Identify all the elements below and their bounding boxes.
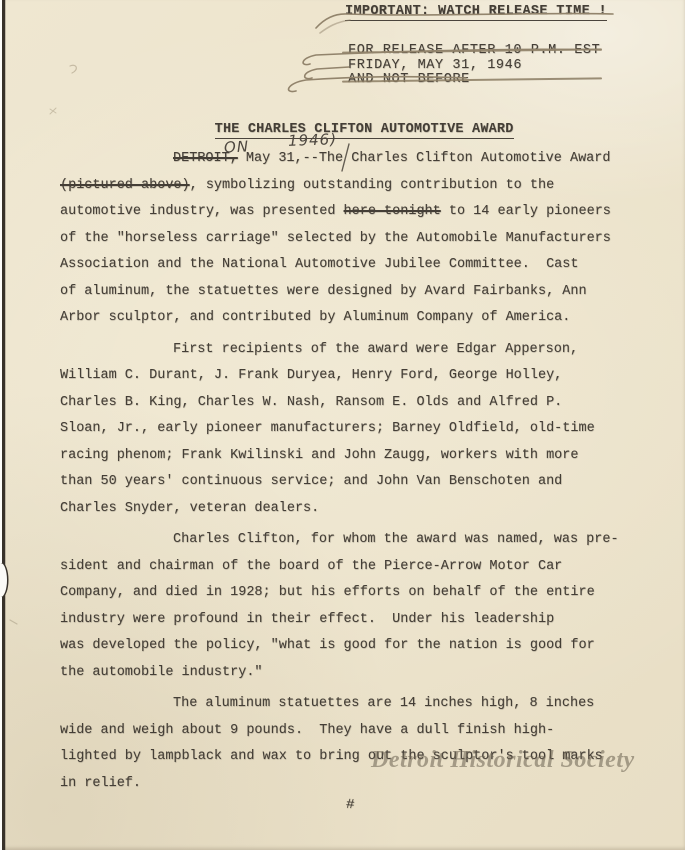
release-block: FOR RELEASE AFTER 10 P.M. ESTFRIDAY, MAY… [348,44,600,88]
typed-line: racing phenom; Frank Kwilinski and John … [60,443,645,470]
typed-text: of aluminum, the statuettes were designe… [60,284,587,299]
typed-line: Charles Clifton, for whom the award was … [60,527,645,554]
scan-left-edge [0,0,6,850]
typed-text: Company, and died in 1928; but his effor… [60,585,595,600]
release-time-warning: IMPORTANT: WATCH RELEASE TIME ! [345,4,607,21]
typed-line: The aluminum statuettes are 14 inches hi… [60,691,645,718]
typed-text: racing phenom; Frank Kwilinski and John … [60,448,578,463]
typed-text: than 50 years' continuous service; and J… [60,474,562,489]
typed-text: May 31,--The Charles Clifton Automotive … [238,151,611,166]
typed-line: automotive industry, was presented here … [60,199,645,226]
typed-line: Charles B. King, Charles W. Nash, Ransom… [60,390,645,417]
typed-text: , symbolizing outstanding contribution t… [190,178,555,193]
typed-text: Association and the National Automotive … [60,257,578,272]
typed-line: Charles Snyder, veteran dealers. [60,496,645,523]
typed-text: William C. Durant, J. Frank Duryea, Henr… [60,368,562,383]
typed-text: was developed the policy, "what is good … [60,638,595,653]
typed-line: Sloan, Jr., early pioneer manufacturers;… [60,416,645,443]
typed-line: was developed the policy, "what is good … [60,633,645,660]
typed-text: of the "horseless carriage" selected by … [60,231,611,246]
typed-text: the automobile industry." [60,665,263,680]
typed-text: Sloan, Jr., early pioneer manufacturers;… [60,421,595,436]
typed-text: The aluminum statuettes are 14 inches hi… [173,696,594,711]
typed-text: automotive industry, was presented [60,204,344,219]
typed-text: sident and chairman of the board of the … [60,559,562,574]
typed-line: industry were profound in their effect. … [60,607,645,634]
typed-text: in relief. [60,776,141,791]
typed-text: Charles B. King, Charles W. Nash, Ransom… [60,395,562,410]
release-line: AND NOT BEFORE [348,73,600,88]
end-of-release-mark: # [345,797,355,814]
watermark: Detroit Historical Society [371,747,635,774]
release-line: FRIDAY, MAY 31, 1946 [348,59,600,74]
typed-text: Arbor sculptor, and contributed by Alumi… [60,310,570,325]
struck-text: here tonight [344,204,441,219]
typed-text: wide and weigh about 9 pounds. They have… [60,723,554,738]
typed-line: William C. Durant, J. Frank Duryea, Henr… [60,363,645,390]
typed-line: Association and the National Automotive … [60,252,645,279]
typed-line: Company, and died in 1928; but his effor… [60,580,645,607]
typed-text: First recipients of the award were Edgar… [173,342,578,357]
typed-line: than 50 years' continuous service; and J… [60,469,645,496]
typed-text: Charles Snyder, veteran dealers. [60,501,319,516]
body-text: DETROIT, May 31,--The Charles Clifton Au… [60,146,645,797]
typed-line: (pictured above), symbolizing outstandin… [60,173,645,200]
typed-line: of aluminum, the statuettes were designe… [60,279,645,306]
typed-text: Charles Clifton, for whom the award was … [173,532,619,547]
release-line: FOR RELEASE AFTER 10 P.M. EST [348,44,600,59]
typed-text: industry were profound in their effect. … [60,612,554,627]
typed-line: the automobile industry." [60,660,645,687]
scanned-document-page: IMPORTANT: WATCH RELEASE TIME ! FOR RELE… [0,0,685,850]
typed-line: Arbor sculptor, and contributed by Alumi… [60,305,645,332]
struck-text: (pictured above) [60,178,190,193]
typed-line: wide and weigh about 9 pounds. They have… [60,718,645,745]
typed-line: sident and chairman of the board of the … [60,554,645,581]
struck-text: DETROIT, [173,151,238,166]
typed-line: in relief. [60,771,645,798]
typed-line: First recipients of the award were Edgar… [60,337,645,364]
typed-text: to 14 early pioneers [441,204,611,219]
typed-line: DETROIT, May 31,--The Charles Clifton Au… [60,146,645,173]
typed-line: of the "horseless carriage" selected by … [60,226,645,253]
